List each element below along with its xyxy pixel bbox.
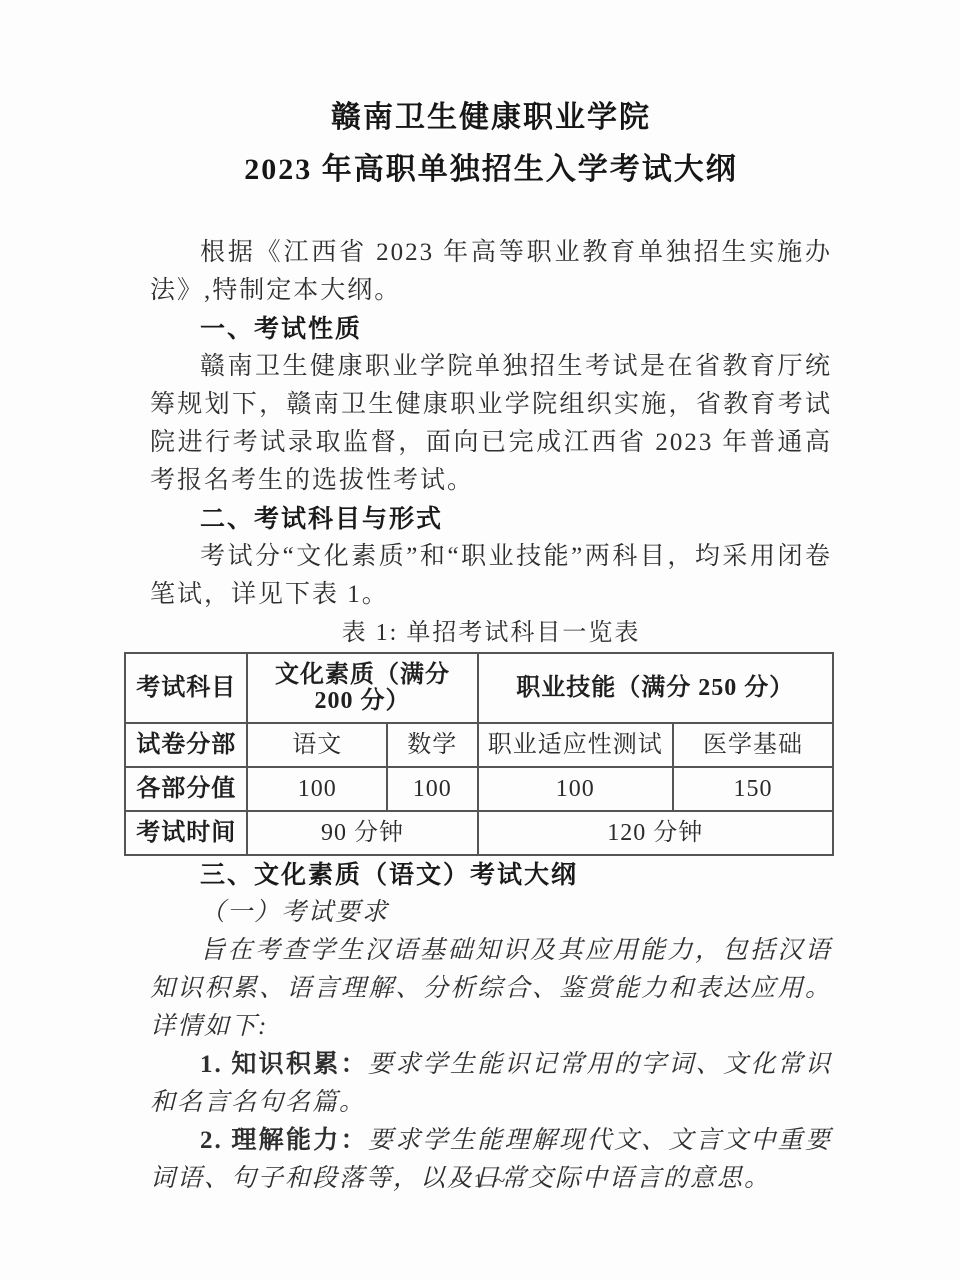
section2-heading: 二、考试科目与形式: [150, 500, 832, 538]
table-cell: 医学基础: [673, 723, 833, 767]
page-number: ~ 1 ~: [0, 1170, 960, 1193]
table-caption: 表 1: 单招考试科目一览表: [150, 614, 832, 652]
table-row: 考试科目 文化素质（满分 200 分） 职业技能（满分 250 分）: [125, 653, 833, 723]
table-cell: 120 分钟: [478, 811, 833, 855]
section3-subheading: （一）考试要求: [150, 894, 832, 932]
table-cell: 150: [673, 767, 833, 811]
knowledge-item-label: 1. 知识积累：: [200, 1051, 368, 1078]
section1-heading: 一、考试性质: [150, 310, 832, 348]
table-cell-row-label: 各部分值: [125, 767, 247, 811]
section2-body: 考试分“文化素质”和“职业技能”两科目，均采用闭卷笔试，详见下表 1。: [150, 538, 832, 614]
table-cell: 文化素质（满分 200 分）: [247, 653, 477, 723]
table-cell: 数学: [387, 723, 478, 767]
table-cell-row-label: 试卷分部: [125, 723, 247, 767]
section3-body: 旨在考查学生汉语基础知识及其应用能力，包括汉语知识积累、语言理解、分析综合、鉴赏…: [150, 932, 832, 1046]
comprehension-item-label: 2. 理解能力：: [200, 1127, 368, 1154]
table-row: 考试时间 90 分钟 120 分钟: [125, 811, 833, 855]
table-cell: 100: [387, 767, 478, 811]
section1-body: 赣南卫生健康职业学院单独招生考试是在省教育厅统筹规划下，赣南卫生健康职业学院组织…: [150, 348, 832, 500]
table-cell-row-label: 考试科目: [125, 653, 247, 723]
table-cell-row-label: 考试时间: [125, 811, 247, 855]
table-row: 试卷分部 语文 数学 职业适应性测试 医学基础: [125, 723, 833, 767]
exam-subjects-table: 考试科目 文化素质（满分 200 分） 职业技能（满分 250 分） 试卷分部 …: [124, 652, 834, 856]
table-cell: 语文: [247, 723, 386, 767]
document-page: 赣南卫生健康职业学院 2023 年高职单独招生入学考试大纲 根据《江西省 202…: [0, 0, 960, 1280]
table-row: 各部分值 100 100 100 150: [125, 767, 833, 811]
section3-heading: 三、文化素质（语文）考试大纲: [150, 856, 832, 894]
document-title: 赣南卫生健康职业学院: [150, 92, 832, 144]
knowledge-item: 1. 知识积累：要求学生能识记常用的字词、文化常识和名言名句名篇。: [150, 1046, 832, 1122]
document-subtitle: 2023 年高职单独招生入学考试大纲: [150, 144, 832, 196]
table-cell: 100: [247, 767, 386, 811]
table-cell: 职业技能（满分 250 分）: [478, 653, 833, 723]
table-cell: 职业适应性测试: [478, 723, 673, 767]
table-cell: 100: [478, 767, 673, 811]
intro-paragraph: 根据《江西省 2023 年高等职业教育单独招生实施办法》,特制定本大纲。: [150, 234, 832, 310]
table-cell: 90 分钟: [247, 811, 477, 855]
